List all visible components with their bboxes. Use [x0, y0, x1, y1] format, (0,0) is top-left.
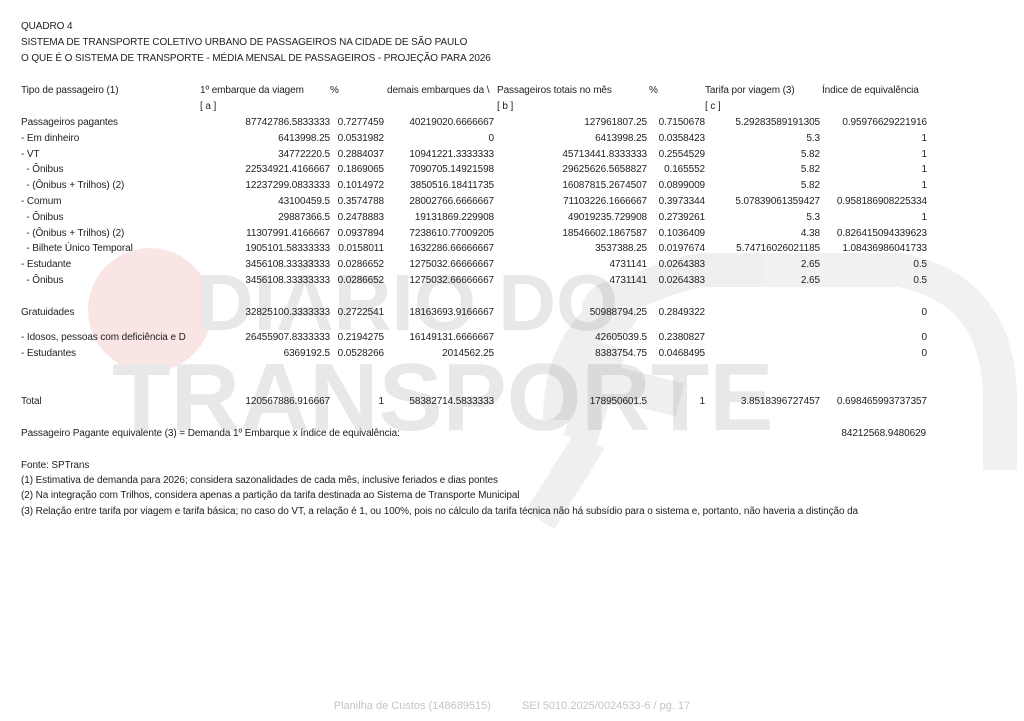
- cell-other: 10941221.3333333: [409, 149, 494, 161]
- cell-total: 71103226.1666667: [563, 196, 647, 208]
- cell-pct2: 0.2739261: [659, 212, 705, 224]
- row-label: - Ônibus: [21, 164, 63, 176]
- cell-other: 16149131.6666667: [409, 332, 494, 344]
- cell-pct2: 0.3973344: [659, 196, 705, 208]
- equivalente-label: Passageiro Pagante equivalente (3) = Dem…: [21, 428, 400, 440]
- cell-first: 12237299.0833333: [245, 180, 330, 192]
- cell-indice: 0: [922, 348, 927, 360]
- row-label: - Em dinheiro: [21, 133, 79, 145]
- cell-pct2: 0.0468495: [659, 348, 705, 360]
- cell-other: 40219020.6666667: [409, 117, 494, 129]
- cell-other: 2014562.25: [442, 348, 494, 360]
- footer-sei-ref: SEI 5010.2025/0024533-6 / pg. 17: [522, 700, 690, 712]
- row-label: - VT: [21, 149, 40, 161]
- cell-indice: 1: [922, 164, 927, 176]
- cell-indice: 0.5: [913, 259, 927, 271]
- cell-pct2: 0.2849322: [659, 307, 705, 319]
- cell-tarifa: 5.82: [801, 164, 820, 176]
- cell-pct1: 0.0158011: [338, 243, 384, 255]
- cell-first: 11307991.4166667: [246, 228, 330, 240]
- cell-indice: 0.5: [913, 275, 927, 287]
- col-header-tipo: Tipo de passageiro (1): [21, 85, 118, 97]
- document-title: SISTEMA DE TRANSPORTE COLETIVO URBANO DE…: [21, 37, 467, 49]
- cell-other: 0: [489, 133, 494, 145]
- row-label: - Bilhete Único Temporal: [21, 243, 133, 255]
- cell-tarifa: 5.3: [806, 133, 820, 145]
- cell-pct1: 1: [379, 396, 384, 408]
- cell-indice: 0: [922, 332, 927, 344]
- cell-pct1: 0.0528266: [338, 348, 384, 360]
- cell-pct2: 1: [700, 396, 705, 408]
- cell-pct1: 0.0286652: [338, 259, 384, 271]
- cell-other: 1275032.66666667: [409, 259, 494, 271]
- cell-indice: 0: [922, 307, 927, 319]
- cell-pct1: 0.0531982: [338, 133, 384, 145]
- row-label: - Comum: [21, 196, 61, 208]
- cell-first: 120567886.916667: [245, 396, 330, 408]
- cell-other: 1275032.66666667: [409, 275, 494, 287]
- cell-indice: 1: [922, 149, 927, 161]
- equivalente-value: 84212568.9480629: [841, 428, 926, 440]
- col-header-demais-sub: [ b ]: [497, 101, 513, 113]
- footer-doc-ref: Planilha de Custos (148689515): [334, 700, 491, 712]
- footnote-2: (2) Na integração com Trilhos, considera…: [21, 490, 519, 502]
- cell-other: 19131869.229908: [415, 212, 494, 224]
- footnote-3: (3) Relação entre tarifa por viagem e ta…: [21, 506, 929, 518]
- cell-other: 7238610.77009205: [409, 228, 494, 240]
- cell-total: 49019235.729908: [568, 212, 647, 224]
- cell-first: 6413998.25: [278, 133, 330, 145]
- cell-first: 43100459.5: [278, 196, 330, 208]
- cell-total: 18546602.1867587: [562, 228, 647, 240]
- cell-pct2: 0.0899009: [659, 180, 705, 192]
- cell-total: 6413998.25: [595, 133, 647, 145]
- cell-first: 6369192.5: [284, 348, 330, 360]
- cell-total: 4731141: [610, 259, 648, 271]
- cell-indice: 0.95976629221916: [842, 117, 927, 129]
- cell-pct2: 0.2380827: [659, 332, 705, 344]
- cell-total: 50988794.25: [590, 307, 647, 319]
- row-label: Passageiros pagantes: [21, 117, 118, 129]
- cell-pct2: 0.7150678: [659, 117, 705, 129]
- row-label: - Idosos, pessoas com deficiência e D: [21, 332, 186, 344]
- col-header-tarifa: Tarifa por viagem (3): [705, 85, 795, 97]
- col-header-primeiro-sub: [ a ]: [200, 101, 216, 113]
- cell-tarifa: 5.3: [806, 212, 820, 224]
- cell-pct1: 0.2884037: [338, 149, 384, 161]
- row-label: - Estudantes: [21, 348, 76, 360]
- cell-total: 16087815.2674507: [562, 180, 647, 192]
- cell-other: 58382714.5833333: [409, 396, 494, 408]
- col-header-indice: Índice de equivalência: [822, 85, 919, 97]
- cell-total: 4731141: [610, 275, 648, 287]
- cell-indice: 1: [922, 133, 927, 145]
- cell-tarifa: 2.65: [801, 259, 820, 271]
- cell-pct1: 0.2722541: [338, 307, 384, 319]
- document-subtitle: O QUE É O SISTEMA DE TRANSPORTE - MÉDIA …: [21, 53, 491, 65]
- cell-indice: 1.08436986041733: [842, 243, 927, 255]
- cell-pct2: 0.165552: [664, 164, 705, 176]
- cell-tarifa: 4.38: [801, 228, 820, 240]
- cell-tarifa: 2.65: [801, 275, 820, 287]
- cell-first: 22534921.4166667: [245, 164, 330, 176]
- cell-pct1: 0.0286652: [338, 275, 384, 287]
- cell-first: 29887366.5: [278, 212, 330, 224]
- cell-other: 3850516.18411735: [410, 180, 494, 192]
- cell-indice: 0.958186908225334: [837, 196, 927, 208]
- cell-pct1: 0.2194275: [338, 332, 384, 344]
- cell-first: 34772220.5: [278, 149, 330, 161]
- col-header-pct1: %: [330, 85, 339, 97]
- cell-tarifa: 3.8518396727457: [741, 396, 820, 408]
- cell-total: 8383754.75: [595, 348, 647, 360]
- document-page: QUADRO 4 SISTEMA DE TRANSPORTE COLETIVO …: [0, 0, 1024, 721]
- col-header-totais: Passageiros totais no mês: [497, 85, 612, 97]
- cell-pct2: 0.0264383: [659, 275, 705, 287]
- row-label: - Ônibus: [21, 275, 63, 287]
- cell-pct1: 0.7277459: [338, 117, 384, 129]
- col-header-pct2: %: [649, 85, 658, 97]
- cell-pct1: 0.0937894: [338, 228, 384, 240]
- cell-indice: 0.698465993737357: [837, 396, 927, 408]
- cell-other: 1632286.66666667: [409, 243, 494, 255]
- cell-pct1: 0.2478883: [338, 212, 384, 224]
- cell-pct1: 0.1869065: [338, 164, 384, 176]
- cell-total: 45713441.8333333: [562, 149, 647, 161]
- cell-pct2: 0.1036409: [659, 228, 705, 240]
- col-header-primeiro: 1º embarque da viagem: [200, 85, 304, 97]
- cell-tarifa: 5.29283589191305: [735, 117, 820, 129]
- cell-total: 29625626.5658827: [562, 164, 647, 176]
- cell-indice: 1: [922, 212, 927, 224]
- cell-indice: 1: [922, 180, 927, 192]
- cell-total: 3537388.25: [595, 243, 647, 255]
- cell-pct2: 0.2554529: [659, 149, 705, 161]
- cell-first: 1905101.58333333: [245, 243, 330, 255]
- cell-other: 18163693.9166667: [409, 307, 494, 319]
- cell-total: 42605039.5: [595, 332, 647, 344]
- cell-first: 26455907.8333333: [245, 332, 330, 344]
- row-label: Gratuidades: [21, 307, 74, 319]
- cell-total: 178950601.5: [590, 396, 647, 408]
- cell-tarifa: 5.74716026021185: [736, 243, 820, 255]
- row-label: - (Ônibus + Trilhos) (2): [21, 228, 124, 240]
- cell-tarifa: 5.82: [801, 149, 820, 161]
- cell-first: 32825100.3333333: [245, 307, 330, 319]
- cell-pct2: 0.0197674: [659, 243, 705, 255]
- source-note: Fonte: SPTrans: [21, 460, 89, 472]
- cell-total: 127961807.25: [584, 117, 647, 129]
- cell-pct2: 0.0358423: [659, 133, 705, 145]
- cell-other: 7090705.14921598: [409, 164, 494, 176]
- cell-first: 3456108.33333333: [245, 259, 330, 271]
- quadro-label: QUADRO 4: [21, 21, 72, 33]
- cell-tarifa: 5.82: [801, 180, 820, 192]
- cell-pct2: 0.0264383: [659, 259, 705, 271]
- cell-tarifa: 5.07839061359427: [735, 196, 820, 208]
- col-header-tarifa-sub: [ c ]: [705, 101, 721, 113]
- cell-first: 87742786.5833333: [245, 117, 330, 129]
- row-label: - (Ônibus + Trilhos) (2): [21, 180, 124, 192]
- cell-indice: 0.826415094339623: [837, 228, 927, 240]
- cell-pct1: 0.1014972: [338, 180, 384, 192]
- cell-other: 28002766.6666667: [409, 196, 494, 208]
- cell-pct1: 0.3574788: [338, 196, 384, 208]
- col-header-demais: demais embarques da \: [387, 85, 489, 97]
- row-label: - Estudante: [21, 259, 71, 271]
- page-footer: Planilha de Custos (148689515) SEI 5010.…: [0, 700, 1024, 712]
- cell-first: 3456108.33333333: [245, 275, 330, 287]
- row-label: - Ônibus: [21, 212, 63, 224]
- row-label: Total: [21, 396, 42, 408]
- footnote-1: (1) Estimativa de demanda para 2026; con…: [21, 475, 498, 487]
